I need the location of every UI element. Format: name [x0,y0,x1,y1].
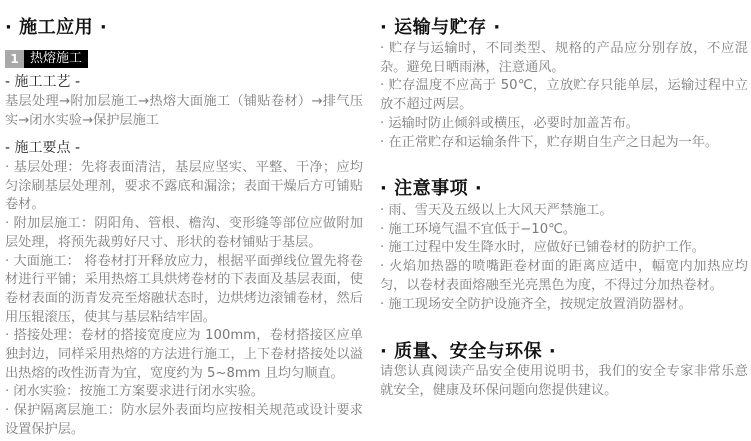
process-heading: - 施工工艺 - [5,73,80,91]
quality-text: 请您认真阅读产品安全使用说明书，我们的安全专家非常乐意就安全，健康及环保问题向您… [380,363,748,400]
storage-item: · 运输时防止倾斜或横压，必要时加盖苫布。 [380,115,748,134]
caution-item: · 雨、雪天及五级以上大风天严禁施工。 [380,202,748,221]
badge-number: 1 [5,50,24,68]
key-point-item: · 附加层施工：阴阳角、管根、檐沟、变形缝等部位应做附加层处理，将预先裁剪好尺寸… [5,215,363,252]
key-point-item: · 基层处理：先将表面清洁，基层应坚实、平整、干净；应均匀涂刷基层处理剂，要求不… [5,159,363,215]
product-instructions-page: · 施工应用 · 1 热熔施工 - 施工工艺 - 基层处理→附加层施工→热熔大面… [0,0,751,441]
caution-item: · 施工过程中发生降水时，应做好已铺卷材的防护工作。 [380,239,748,258]
storage-title: · 运输与贮存 · [380,17,501,39]
process-text: 基层处理→附加层施工→热熔大面施工（铺贴卷材）→排气压实→闭水实验→保护层施工 [5,93,363,130]
storage-item: · 在正常贮存和运输条件下，贮存期自生产之日起为一年。 [380,134,748,153]
storage-item: · 贮存与运输时，不同类型、规格的产品应分别存放，不应混杂。避免日晒雨淋，注意通… [380,40,748,77]
key-point-item: · 大面施工： 将卷材打开释放应力，根据平面弹线位置先将卷材进行平铺；采用热熔工… [5,253,363,328]
key-point-item: · 闭水实验：按施工方案要求进行闭水实验。 [5,383,363,402]
caution-item: · 施工现场安全防护设施齐全，按规定放置消防器材。 [380,296,748,315]
badge-label: 热熔施工 [24,50,88,68]
storage-list: · 贮存与运输时，不同类型、规格的产品应分别存放，不应混杂。避免日晒雨淋，注意通… [380,40,748,152]
key-points-list: · 基层处理：先将表面清洁，基层应坚实、平整、干净；应均匀涂刷基层处理剂，要求不… [5,159,363,440]
quality-title: · 质量、安全与环保 · [380,341,556,363]
key-points-heading: - 施工要点 - [5,139,80,157]
storage-item: · 贮存温度不应高于 50℃，立放贮存只能单层，运输过程中立放不超过两层。 [380,77,748,114]
cautions-title: · 注意事项 · [380,178,482,200]
key-point-item: · 保护隔离层施工：防水层外表面均应按相关规范或设计要求设置保护层。 [5,402,363,439]
caution-item: · 施工环境气温不宜低于−10℃。 [380,221,748,240]
section-badge: 1 热熔施工 [5,50,88,68]
construction-application-title: · 施工应用 · [5,17,107,39]
caution-item: · 火焰加热器的喷嘴距卷材面的距离应适中，幅宽内加热应均匀，以卷材表面熔融至光亮… [380,258,748,295]
key-point-item: · 搭接处理：卷材的搭接宽度应为 100mm，卷材搭接区应单独封边，同样采用热熔… [5,327,363,383]
cautions-list: · 雨、雪天及五级以上大风天严禁施工。 · 施工环境气温不宜低于−10℃。 · … [380,202,748,314]
